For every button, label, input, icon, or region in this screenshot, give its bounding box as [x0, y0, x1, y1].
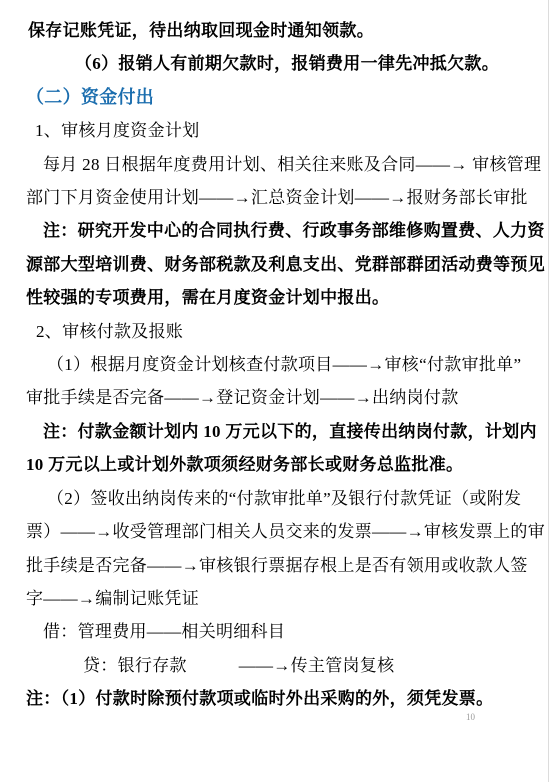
- para-item-2-sign-receive: 票）——→收受管理部门相关人员交来的发票——→审核发票上的审: [26, 515, 538, 548]
- subsection-2-title: 2、审核付款及报账: [26, 315, 538, 348]
- para-item-1-payment-check: 审批手续是否完备——→登记资金计划——→出纳岗付款: [26, 381, 538, 414]
- note-payment-limit: 注：付款金额计划内 10 万元以下的，直接传出纳岗付款，计划内: [26, 415, 538, 448]
- document-text-block: 保存记账凭证，待出纳取回现金时通知领款。（6）报销人有前期欠款时，报销费用一律先…: [26, 14, 538, 716]
- note-special-expenses: 注：研究开发中心的合同执行费、行政事务部维修购置费、人力资: [26, 214, 538, 247]
- page-edge: [548, 0, 549, 782]
- para-keep-voucher: 保存记账凭证，待出纳取回现金时通知领款。: [26, 14, 538, 47]
- section-heading-funds-disbursement: （二）资金付出: [26, 81, 538, 114]
- subsection-1-title: 1、审核月度资金计划: [26, 114, 538, 147]
- page-number: 10: [466, 712, 475, 722]
- para-monthly-plan: 每月 28 日根据年度费用计划、相关往来账及合同——→ 审核管理: [26, 148, 538, 181]
- document-page: 保存记账凭证，待出纳取回现金时通知领款。（6）报销人有前期欠款时，报销费用一律先…: [0, 0, 553, 782]
- note-payment-limit: 10 万元以上或计划外款项须经财务部长或财务总监批准。: [26, 448, 538, 481]
- para-monthly-plan: 部门下月资金使用计划——→汇总资金计划——→报财务部长审批: [26, 181, 538, 214]
- note-special-expenses: 性较强的专项费用，需在月度资金计划中报出。: [26, 281, 538, 314]
- para-item-2-sign-receive: 字——→编制记账凭证: [26, 582, 538, 615]
- para-item-2-sign-receive: （2）签收出纳岗传来的“付款审批单”及银行付款凭证（或附发: [26, 482, 538, 515]
- entry-debit: 借：管理费用——相关明细科目: [26, 615, 538, 648]
- para-item-6: （6）报销人有前期欠款时，报销费用一律先冲抵欠款。: [26, 47, 538, 80]
- para-item-1-payment-check: （1）根据月度资金计划核查付款项目——→审核“付款审批单”: [26, 348, 538, 381]
- entry-credit: 贷：银行存款 ——→传主管岗复核: [26, 649, 538, 682]
- note-invoice-required: 注：（1）付款时除预付款项或临时外出采购的外，须凭发票。: [26, 682, 538, 715]
- note-special-expenses: 源部大型培训费、财务部税款及利息支出、党群部群团活动费等预见: [26, 248, 538, 281]
- para-item-2-sign-receive: 批手续是否完备——→审核银行票据存根上是否有领用或收款人签: [26, 549, 538, 582]
